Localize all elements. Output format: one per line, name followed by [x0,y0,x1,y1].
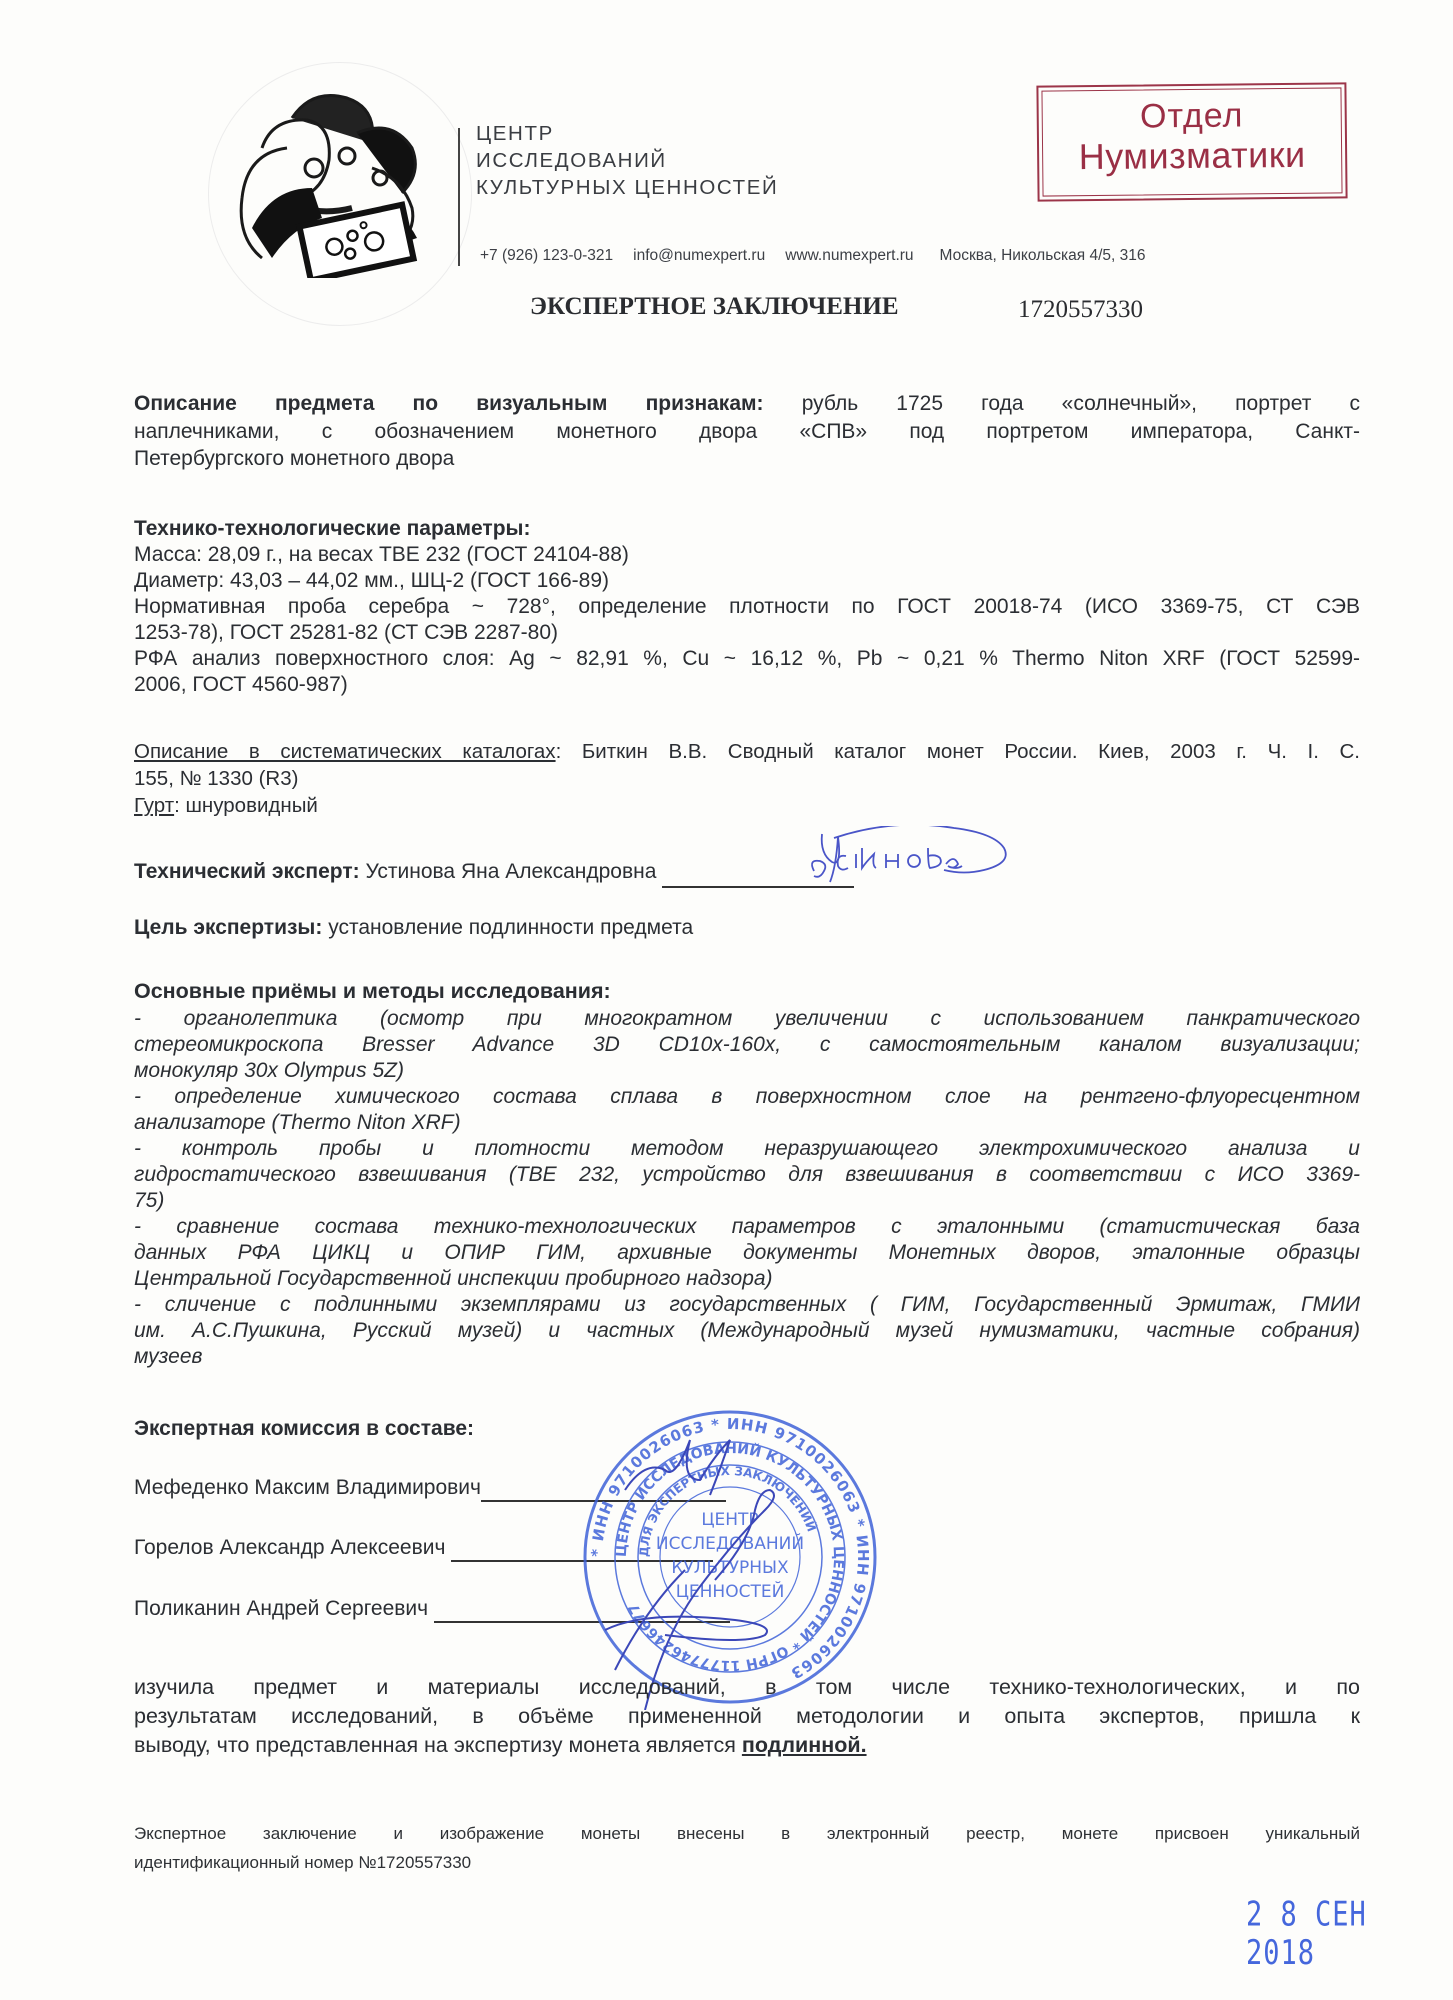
org-line: ИССЛЕДОВАНИЙ [476,147,778,174]
technical-line: Масса: 28,09 г., на весах ТВЕ 232 (ГОСТ … [134,542,1360,568]
purpose-value: установление подлинности предмета [328,916,693,939]
member-name: Поликанин Андрей Сергеевич [134,1597,428,1620]
purpose-label: Цель экспертизы: [134,916,322,939]
description-text: наплечниками, с обозначением монетного д… [134,418,1360,446]
method-line: монокуляр 30x Olympus 5Z) [134,1058,1360,1084]
description-section: Описание предмета по визуальным признака… [134,390,1360,473]
method-line: - определение химического состава сплава… [134,1084,1360,1110]
method-line: - сличение с подлинными экземплярами из … [134,1292,1360,1318]
contact-line: +7 (926) 123-0-321info@numexpert.ruwww.n… [480,247,1166,265]
catalog-text: : Биткин В.В. Сводный каталог монет Росс… [556,740,1360,763]
edge-value: : шнуровидный [174,794,318,817]
method-line: - органолептика (осмотр при многократном… [134,1006,1360,1032]
technical-line: 2006, ГОСТ 4560-987) [134,672,1360,698]
header-divider [458,128,460,266]
method-line: музеев [134,1344,1360,1370]
technical-line: 1253-78), ГОСТ 25281-82 (СТ СЭВ 2287-80) [134,620,1360,646]
technical-line: Нормативная проба серебра ~ 728°, опреде… [134,594,1360,620]
method-line: им. А.С.Пушкина, Русский музей) и частны… [134,1318,1360,1344]
email-link[interactable]: info@numexpert.ru [633,247,765,264]
tech-expert-row: Технический эксперт: Устинова Яна Алекса… [134,858,1360,888]
conclusion-line: результатам исследований, в объёме приме… [134,1702,1360,1731]
catalog-label: Описание в систематических каталогах [134,740,556,763]
technical-line: Диаметр: 43,03 – 44,02 мм., ШЦ-2 (ГОСТ 1… [134,568,1360,594]
method-line: 75) [134,1188,1360,1214]
website-link[interactable]: www.numexpert.ru [785,247,913,264]
registry-line: идентификационный номер №1720557330 [134,1848,1360,1877]
date-stamp: 2 8 СЕН 2018 [1246,1895,1453,1973]
department-stamp: Отдел Нумизматики [1036,82,1347,201]
description-label: Описание предмета по визуальным признака… [134,392,764,415]
tech-expert-label: Технический эксперт: [134,860,360,883]
method-line: анализаторе (Thermo Niton XRF) [134,1110,1360,1136]
edge-label: Гурт [134,794,174,817]
stamp-line: Нумизматики [1043,134,1341,177]
document-number: 1720557330 [1018,296,1143,324]
numismatists-logo-icon [222,78,454,278]
member-name: Горелов Александр Алексеевич [134,1536,445,1559]
org-line: КУЛЬТУРНЫХ ЦЕННОСТЕЙ [476,174,778,201]
commission-label: Экспертная комиссия в составе: [134,1417,474,1440]
member-name: Мефеденко Максим Владимирович [134,1476,481,1499]
commission-signatures [585,1410,845,1710]
stamp-line: Отдел [1042,88,1340,137]
document-title: ЭКСПЕРТНОЕ ЗАКЛЮЧЕНИЕ [530,293,899,321]
verdict: подлинной. [742,1733,867,1757]
signature-ustinova [804,826,1014,886]
org-line: ЦЕНТР [476,120,778,147]
technical-section: Технико-технологические параметры: Масса… [134,516,1360,698]
registry-line: Экспертное заключение и изображение моне… [134,1819,1360,1848]
method-line: данных РФА ЦИКЦ и ОПИР ГИМ, архивные док… [134,1240,1360,1266]
methods-section: Основные приёмы и методы исследования: -… [134,978,1360,1370]
phone[interactable]: +7 (926) 123-0-321 [480,247,613,264]
technical-label: Технико-технологические параметры: [134,516,1360,542]
purpose-row: Цель экспертизы: установление подлинност… [134,914,1360,942]
method-line: стереомикроскопа Bresser Advance 3D CD10… [134,1032,1360,1058]
method-line: Центральной Государственной инспекции пр… [134,1266,1360,1292]
conclusion-line: изучила предмет и материалы исследований… [134,1673,1360,1702]
method-line: - контроль пробы и плотности методом нер… [134,1136,1360,1162]
method-line: гидростатического взвешивания (ТВЕ 232, … [134,1162,1360,1188]
description-text: Петербургского монетного двора [134,445,1360,473]
organization-name: ЦЕНТР ИССЛЕДОВАНИЙ КУЛЬТУРНЫХ ЦЕННОСТЕЙ [476,120,778,201]
registry-note: Экспертное заключение и изображение моне… [134,1819,1360,1877]
description-text: рубль 1725 года «солнечный», портрет с [802,392,1360,415]
method-line: - сравнение состава технико-технологичес… [134,1214,1360,1240]
conclusion-line: выводу, что представленная на экспертизу… [134,1733,742,1757]
conclusion-section: изучила предмет и материалы исследований… [134,1673,1360,1760]
catalog-section: Описание в систематических каталогах: Би… [134,738,1360,819]
technical-line: РФА анализ поверхностного слоя: Ag ~ 82,… [134,646,1360,672]
address: Москва, Никольская 4/5, 316 [940,247,1146,264]
catalog-text: 155, № 1330 (R3) [134,765,1360,792]
methods-label: Основные приёмы и методы исследования: [134,978,1360,1004]
tech-expert-name: Устинова Яна Александровна [365,860,656,883]
